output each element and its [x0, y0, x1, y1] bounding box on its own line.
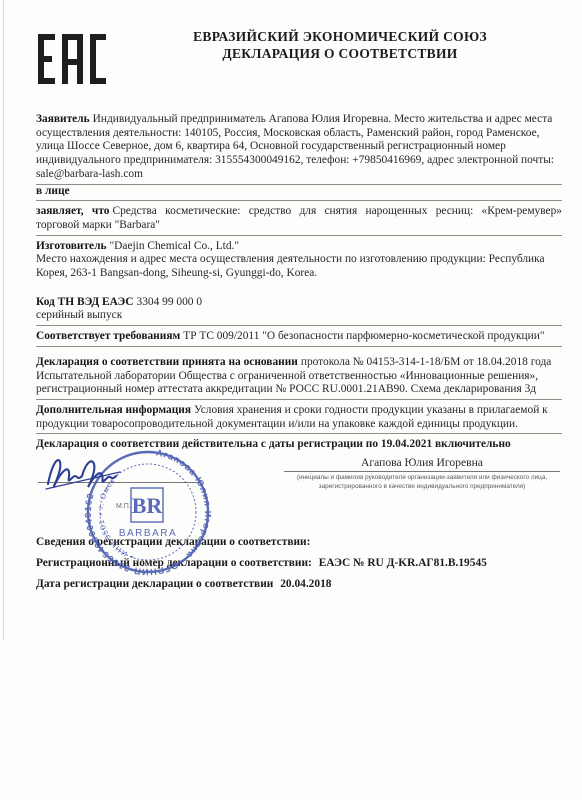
applicant-text: Индивидуальный предприниматель Агапова Ю…: [36, 113, 554, 180]
signatory-name: Агапова Юлия Игоревна: [284, 456, 560, 471]
stamp-mp-label: М.П.: [116, 503, 131, 510]
section-additional: Дополнительная информацияУсловия хранени…: [36, 404, 562, 434]
section-basis: Декларация о соответствии принята на осн…: [36, 356, 562, 400]
declares-text: Средства косметические: средство для сня…: [36, 205, 562, 231]
registration-date-value: 20.04.2018: [280, 578, 331, 590]
declaration-document: ЕВРАЗИЙСКИЙ ЭКОНОМИЧЕСКИЙ СОЮЗ ДЕКЛАРАЦИ…: [0, 0, 582, 800]
scan-edge-line: [3, 0, 4, 640]
signatory-line: [284, 471, 560, 472]
stamp-monogram: BR: [132, 493, 164, 518]
conforms-text: ТР ТС 009/2011 "О безопасности парфюмерн…: [183, 330, 544, 342]
section-conforms: Соответствует требованиямТР ТС 009/2011 …: [36, 330, 562, 347]
handwritten-signature: [42, 452, 162, 492]
section-manufacturer: Изготовитель"Daejin Chemical Co., Ltd." …: [36, 240, 562, 281]
section-declares: заявляет, чтоСредства косметические: сре…: [36, 205, 562, 235]
section-applicant: ЗаявительИндивидуальный предприниматель …: [36, 113, 562, 185]
registration-date-label: Дата регистрации декларации о соответств…: [36, 578, 273, 590]
title-declaration: ДЕКЛАРАЦИЯ О СООТВЕТСТВИИ: [122, 45, 558, 62]
eac-logo: [36, 32, 108, 91]
manufacturer-address: Место нахождения и адрес места осуществл…: [36, 253, 562, 280]
document-title: ЕВРАЗИЙСКИЙ ЭКОНОМИЧЕСКИЙ СОЮЗ ДЕКЛАРАЦИ…: [108, 28, 562, 62]
manufacturer-name: "Daejin Chemical Co., Ltd.": [110, 240, 240, 252]
signatory-block: Агапова Юлия Игоревна (инициалы и фамили…: [284, 456, 560, 491]
registration-date-row: Дата регистрации декларации о соответств…: [36, 578, 562, 590]
basis-label: Декларация о соответствии принята на осн…: [36, 356, 298, 368]
conforms-label: Соответствует требованиям: [36, 330, 180, 342]
eac-mark-icon: [36, 32, 108, 86]
tnved-label: Код ТН ВЭД ЕАЭС: [36, 296, 134, 308]
additional-label: Дополнительная информация: [36, 404, 191, 416]
tnved-note: серийный выпуск: [36, 309, 562, 323]
declares-label: заявляет, что: [36, 205, 110, 217]
applicant-label: Заявитель: [36, 113, 90, 125]
signatory-caption-1: (инициалы и фамилия руководителя организ…: [284, 474, 560, 483]
in-person-label: в лице: [36, 185, 70, 197]
signature-zone: • Агапова Юлия Игоревна • ОГРНИП 3155543…: [36, 456, 562, 528]
signatory-caption-2: зарегистрированного в качестве индивидуа…: [284, 483, 560, 492]
registration-number-value: ЕАЭС № RU Д-KR.АГ81.B.19545: [319, 557, 487, 569]
stamp-brand: BARBARA: [119, 528, 177, 539]
title-union: ЕВРАЗИЙСКИЙ ЭКОНОМИЧЕСКИЙ СОЮЗ: [122, 28, 558, 45]
section-tnved: Код ТН ВЭД ЕАЭС3304 99 000 0 серийный вы…: [36, 296, 562, 326]
tnved-value: 3304 99 000 0: [137, 296, 203, 308]
section-in-person: в лице: [36, 185, 562, 202]
manufacturer-label: Изготовитель: [36, 240, 107, 252]
document-header: ЕВРАЗИЙСКИЙ ЭКОНОМИЧЕСКИЙ СОЮЗ ДЕКЛАРАЦИ…: [36, 28, 562, 91]
